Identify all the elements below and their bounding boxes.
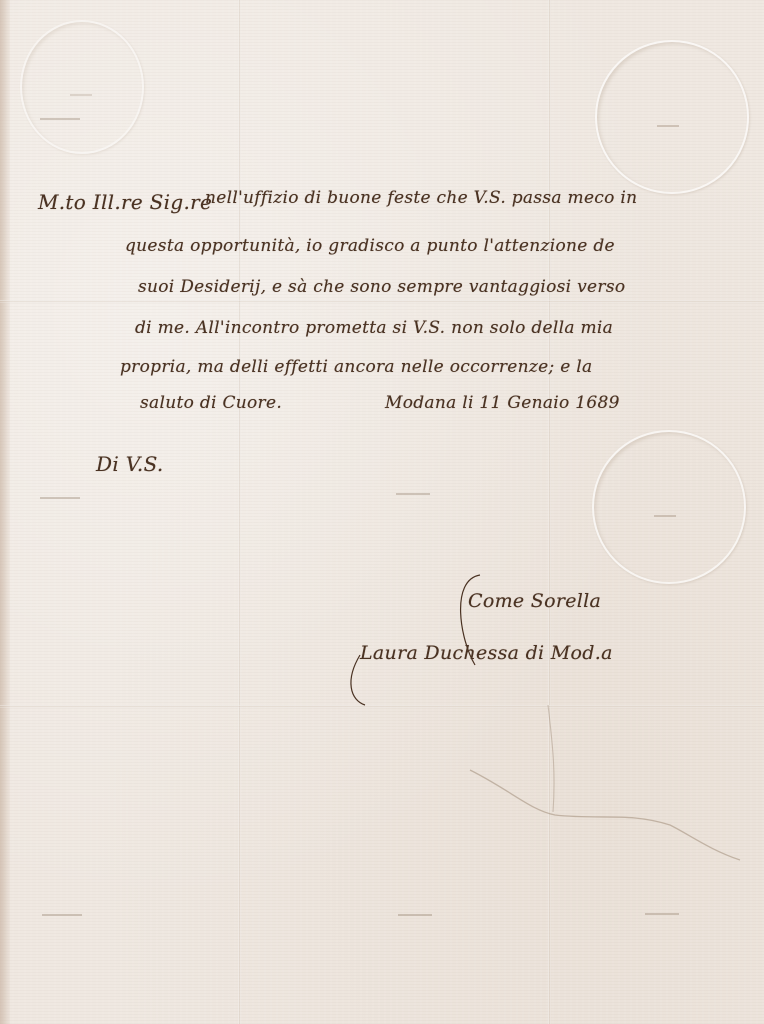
embossed-seal-middle-right <box>592 430 746 584</box>
place-date: Modana li 11 Genaio 1689 <box>385 393 620 413</box>
paper-crease <box>440 700 764 900</box>
body-line-6: saluto di Cuore. <box>140 393 282 413</box>
ruling-mark <box>645 913 679 915</box>
embossed-seal-top-right <box>595 40 749 194</box>
signature-flourish <box>340 560 540 720</box>
fold-line-vertical-left <box>238 0 241 1024</box>
body-line-2: questa opportunità, io gradisco a punto … <box>125 236 615 256</box>
letter-sheet: M.to Ill.re Sig.re nell'uffizio di buone… <box>0 0 764 1024</box>
ruling-mark <box>396 493 430 495</box>
salutation: M.to Ill.re Sig.re <box>38 190 212 214</box>
fold-line-horizontal-upper <box>0 300 764 303</box>
ruling-mark <box>42 914 82 916</box>
body-line-4: di me. All'incontro prometta si V.S. non… <box>135 318 613 338</box>
ruling-mark <box>398 914 432 916</box>
embossed-seal-top-left <box>20 20 144 154</box>
body-line-1: nell'uffizio di buone feste che V.S. pas… <box>205 188 637 208</box>
closing: Di V.S. <box>96 452 164 476</box>
ruling-mark <box>40 497 80 499</box>
ruling-mark <box>40 118 80 120</box>
paper-edge <box>0 0 10 1024</box>
body-line-3: suoi Desiderij, e sà che sono sempre van… <box>138 277 625 297</box>
body-line-5: propria, ma delli effetti ancora nelle o… <box>120 357 592 377</box>
